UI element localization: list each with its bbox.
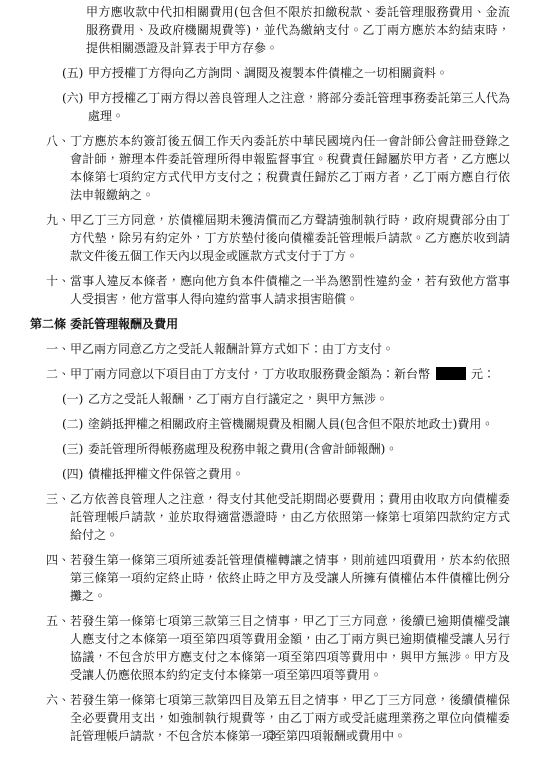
section2-clause-4-text: 若發生第一條第三項所述委託管理債權轉讓之情事，則前述四項費用，於本約依照第三條第… <box>70 551 510 605</box>
section2-sub-item-2-marker: (二) <box>62 415 88 433</box>
sub-item-5: (五) 甲方授權丁方得向乙方詢問、調閱及複製本件債權之一切相關資料。 <box>62 64 510 82</box>
clause-10-text: 當事人違反本條者，應向他方負本件債權之一半為懲罰性違約金，若有致他方當事人受損害… <box>70 272 510 308</box>
sub-item-6-marker: (六) <box>62 89 88 107</box>
sub-item-6: (六) 甲方授權乙丁兩方得以善良管理人之注意，將部分委託管理事務委託第三人代為處… <box>62 89 510 125</box>
section2-clause-3-marker: 三、 <box>46 490 70 508</box>
section-2-heading: 第二條 委託管理報酬及費用 <box>30 315 510 333</box>
section2-clause-2: 二、 甲丁兩方同意以下項目由丁方支付，丁方收取服務費金額為：新台幣元： <box>46 365 510 383</box>
section2-clause-3-text: 乙方依善良管理人之注意，得支付其他受託期間必要費用；費用由收取方向債權委託管理帳… <box>70 490 510 544</box>
section2-sub-item-4-text: 債權抵押權文件保管之費用。 <box>88 465 510 483</box>
clause-continuation-text: 甲方應收款中代扣相關費用(包含但不限於扣繳稅款、委託管理服務費用、金流服務費用、… <box>86 3 510 57</box>
section2-sub-item-3-text: 委託管理所得帳務處理及稅務申報之費用(含會計師報酬)。 <box>88 440 510 458</box>
section2-clause-5: 五、 若發生第一條第七項第三款第三目之情事，甲乙丁三方同意，後續已逾期債權受讓人… <box>46 612 510 684</box>
section2-sub-item-1-text: 乙方之受託人報酬，乙丁兩方自行議定之，與甲方無涉。 <box>88 390 510 408</box>
sub-item-5-marker: (五) <box>62 64 88 82</box>
page-number: 3 <box>0 729 546 743</box>
clause-9-text: 甲乙丁三方同意，於債權屆期未獲清償而乙方聲請強制執行時，政府規費部分由丁方代墊，… <box>70 211 510 265</box>
section2-clause-1-marker: 一、 <box>46 340 70 358</box>
clause-10: 十、 當事人違反本條者，應向他方負本件債權之一半為懲罰性違約金，若有致他方當事人… <box>46 272 510 308</box>
section2-clause-2-marker: 二、 <box>46 365 70 383</box>
clause-8: 八、 丁方應於本約簽訂後五個工作天內委託於中華民國境內任一會計師公會註冊登錄之會… <box>46 132 510 204</box>
section2-clause-1: 一、 甲乙兩方同意乙方之受託人報酬計算方式如下：由丁方支付。 <box>46 340 510 358</box>
section2-clause-1-text: 甲乙兩方同意乙方之受託人報酬計算方式如下：由丁方支付。 <box>70 340 510 358</box>
section2-clause-4-marker: 四、 <box>46 551 70 569</box>
section2-sub-item-4: (四) 債權抵押權文件保管之費用。 <box>62 465 510 483</box>
section2-sub-item-2-text: 塗銷抵押權之相關政府主管機關規費及相關人員(包含但不限於地政士)費用。 <box>88 415 510 433</box>
sub-item-6-text: 甲方授權乙丁兩方得以善良管理人之注意，將部分委託管理事務委託第三人代為處理。 <box>88 89 510 125</box>
section2-sub-item-1-marker: (一) <box>62 390 88 408</box>
clause-9: 九、 甲乙丁三方同意，於債權屆期未獲清償而乙方聲請強制執行時，政府規費部分由丁方… <box>46 211 510 265</box>
section2-clause-5-marker: 五、 <box>46 612 70 630</box>
clause-10-marker: 十、 <box>46 272 70 290</box>
section2-sub-item-1: (一) 乙方之受託人報酬，乙丁兩方自行議定之，與甲方無涉。 <box>62 390 510 408</box>
section2-clause-6-marker: 六、 <box>46 691 70 709</box>
amount-text-after: 元： <box>471 367 495 381</box>
section2-clause-3: 三、 乙方依善良管理人之注意，得支付其他受託期間必要費用；費用由收取方向債權委託… <box>46 490 510 544</box>
clause-8-marker: 八、 <box>46 132 70 150</box>
section2-clause-4: 四、 若發生第一條第三項所述委託管理債權轉讓之情事，則前述四項費用，於本約依照第… <box>46 551 510 605</box>
section2-sub-item-3-marker: (三) <box>62 440 88 458</box>
clause-continuation-paragraph: 甲方應收款中代扣相關費用(包含但不限於扣繳稅款、委託管理服務費用、金流服務費用、… <box>86 3 510 57</box>
section2-clause-5-text: 若發生第一條第七項第三款第三目之情事，甲乙丁三方同意，後續已逾期債權受讓人應支付… <box>70 612 510 684</box>
clause-8-text: 丁方應於本約簽訂後五個工作天內委託於中華民國境內任一會計師公會註冊登錄之會計師，… <box>70 132 510 204</box>
section2-sub-item-4-marker: (四) <box>62 465 88 483</box>
section2-sub-item-3: (三) 委託管理所得帳務處理及稅務申報之費用(含會計師報酬)。 <box>62 440 510 458</box>
sub-item-5-text: 甲方授權丁方得向乙方詢問、調閱及複製本件債權之一切相關資料。 <box>88 64 510 82</box>
section2-clause-2-text: 甲丁兩方同意以下項目由丁方支付，丁方收取服務費金額為：新台幣元： <box>70 365 510 383</box>
clause-9-marker: 九、 <box>46 211 70 229</box>
amount-text-before: 甲丁兩方同意以下項目由丁方支付，丁方收取服務費金額為：新台幣 <box>70 367 430 381</box>
section2-sub-item-2: (二) 塗銷抵押權之相關政府主管機關規費及相關人員(包含但不限於地政士)費用。 <box>62 415 510 433</box>
contract-page: 甲方應收款中代扣相關費用(包含但不限於扣繳稅款、委託管理服務費用、金流服務費用、… <box>0 0 546 770</box>
redacted-amount-box <box>436 367 466 380</box>
